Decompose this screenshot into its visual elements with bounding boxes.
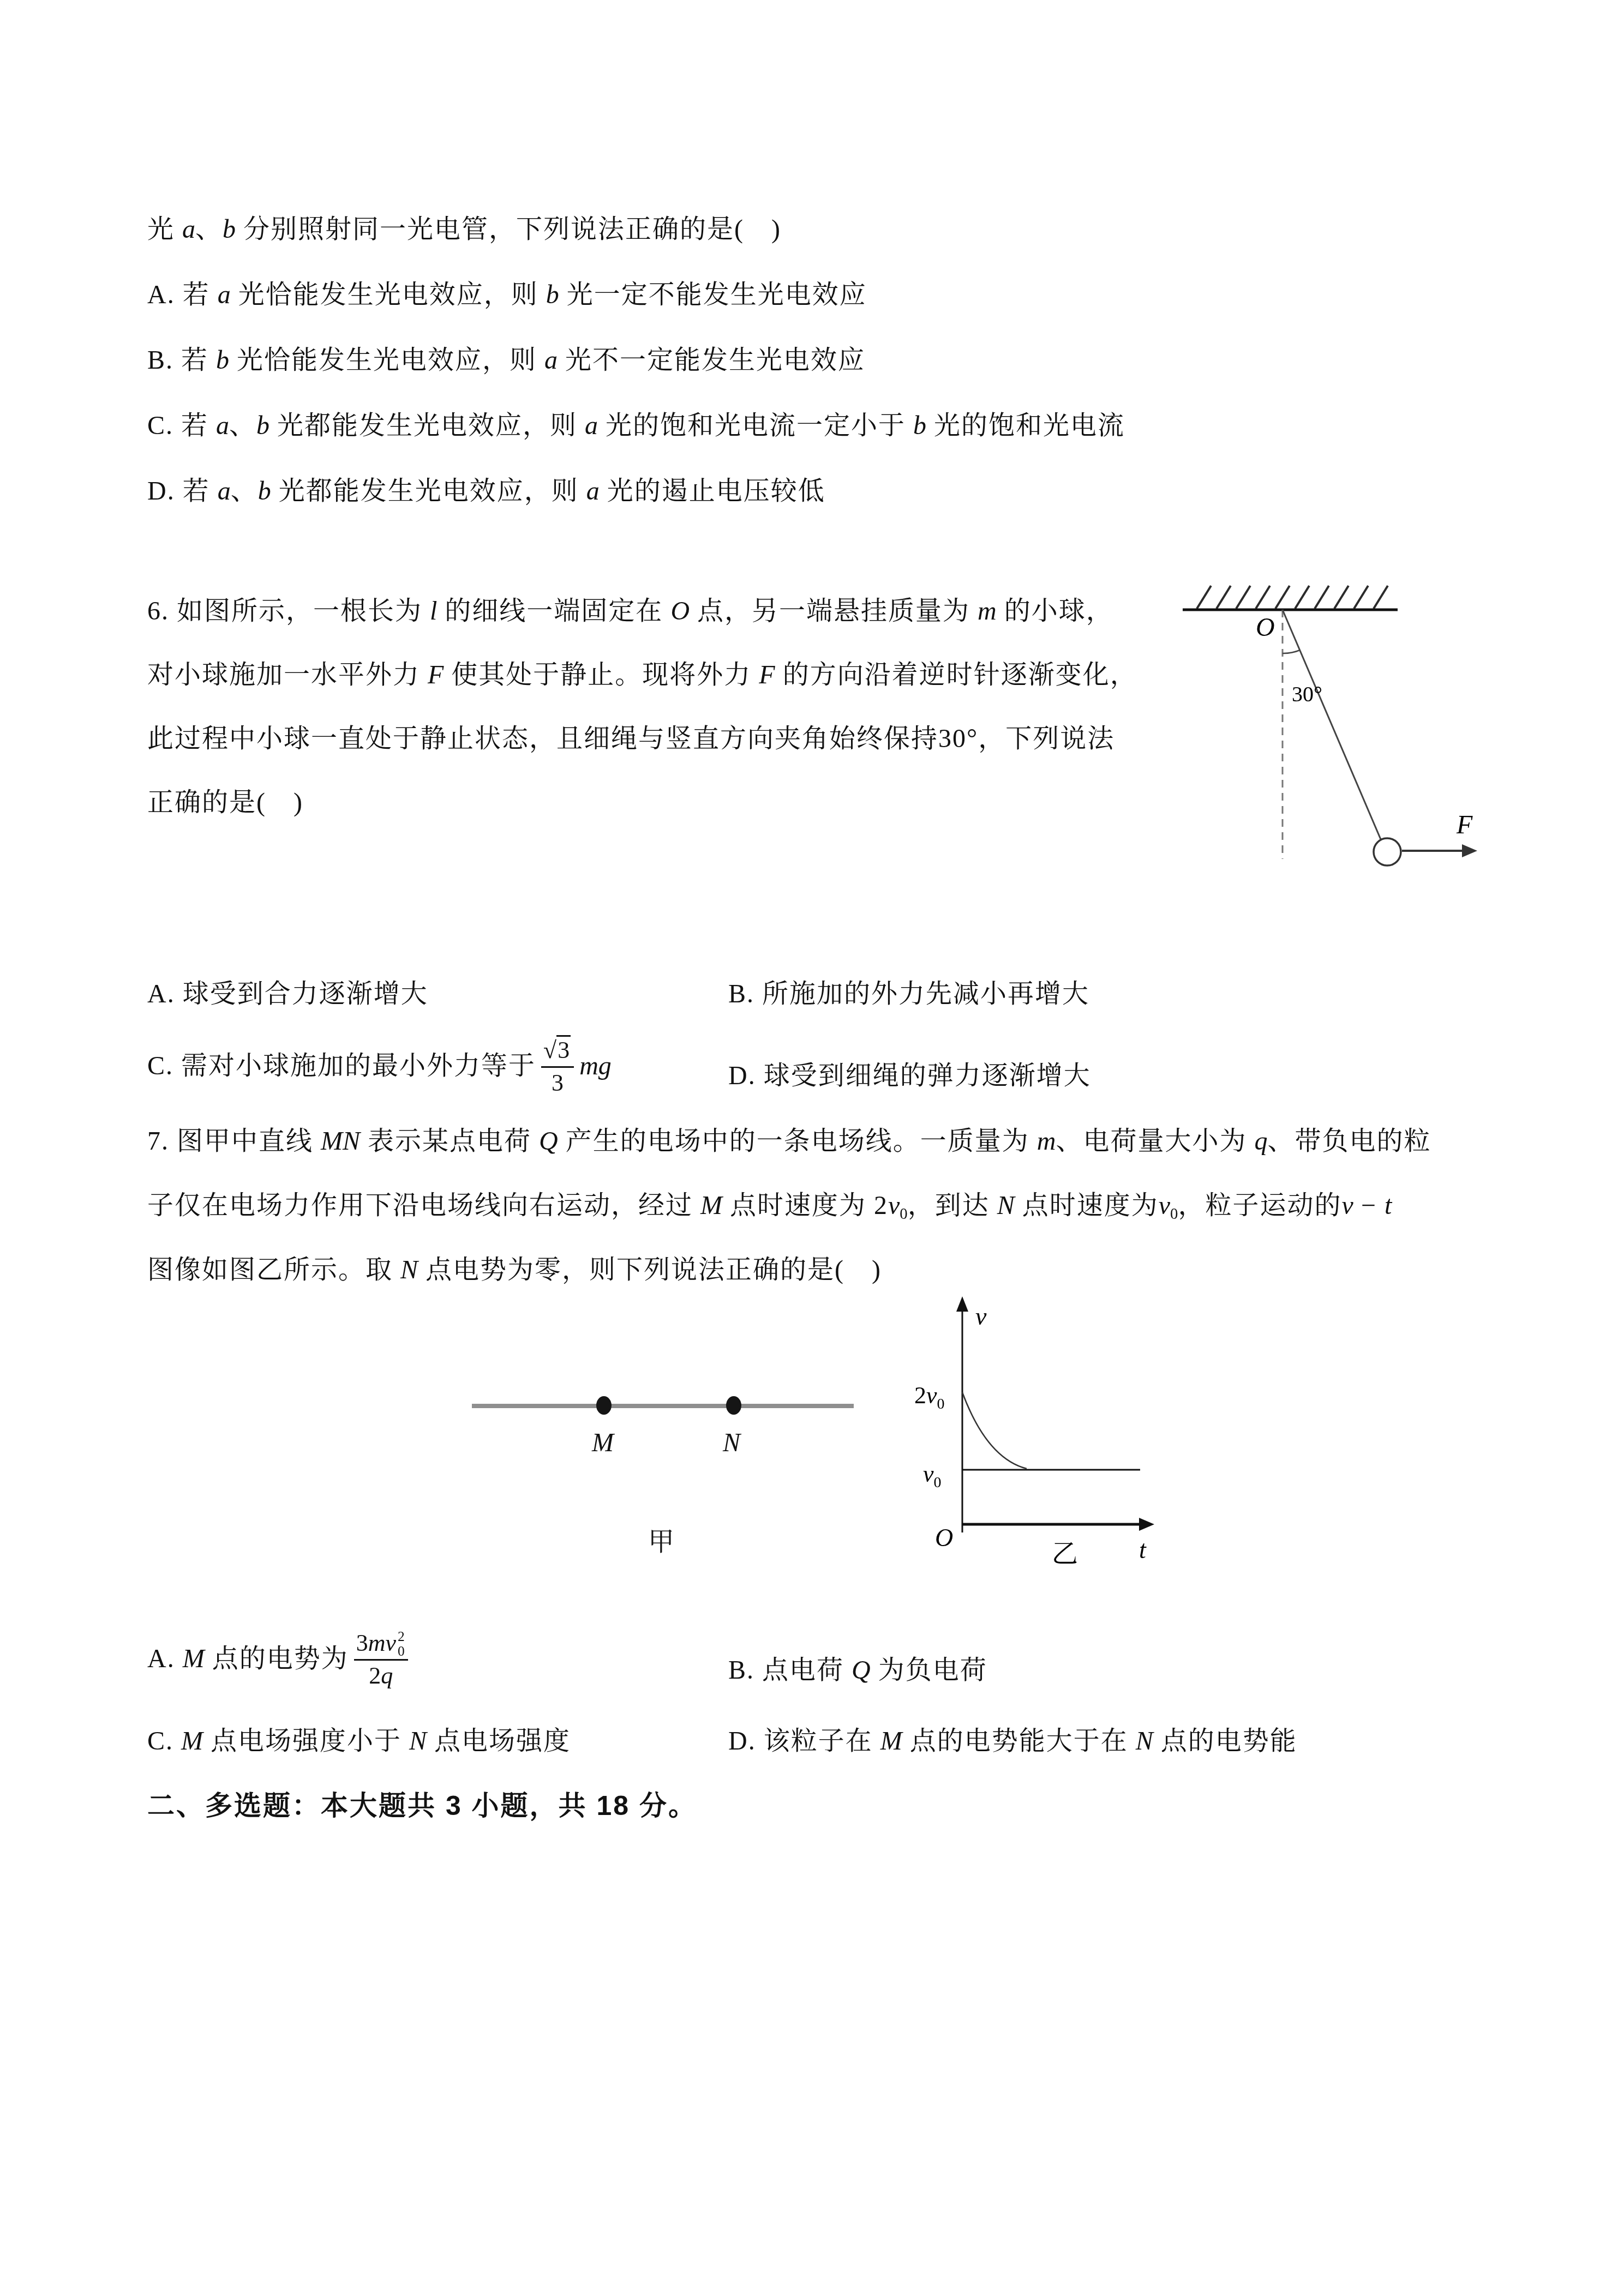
- velocity-curve: [962, 1392, 1027, 1469]
- q6-line-4: 正确的是( ): [147, 788, 303, 818]
- section-2-heading: 二、多选题：本大题共 3 小题，共 18 分。: [147, 1790, 697, 1822]
- angle-label: 30°: [1292, 682, 1322, 706]
- radicand: 3: [556, 1035, 571, 1065]
- q7-line-2: 子仅在电场力作用下沿电场线向右运动，经过 M 点时速度为 2v0，到达 N 点时…: [147, 1191, 1392, 1223]
- angle-arc: [1283, 650, 1300, 653]
- caption-jia: 甲: [648, 1527, 675, 1557]
- v-axis-label: v: [975, 1302, 987, 1330]
- q6-line-2: 对小球施加一水平外力 F 使其处于静止。现将外力 F 的方向沿着逆时针逐渐变化，: [147, 660, 1137, 690]
- fraction-3mv02-over-2q: 3mv20 2q: [354, 1628, 408, 1690]
- numerator: √3: [541, 1035, 574, 1068]
- q5-option-b: B. 若 b 光恰能发生光电效应，则 a 光不一定能发生光电效应: [147, 345, 865, 375]
- fraction-sqrt3-over-3: √3 3: [541, 1035, 574, 1097]
- field-line: [472, 1404, 854, 1408]
- force-label: F: [1456, 810, 1473, 839]
- q7-option-c: C. M 点电场强度小于 N 点电场强度: [147, 1726, 571, 1756]
- t-axis-arrow: [1139, 1518, 1154, 1531]
- denominator: 3: [552, 1068, 564, 1097]
- q6-line-3: 此过程中小球一直处于静止状态，且细绳与竖直方向夹角始终保持30°，下列说法: [147, 724, 1114, 754]
- caption-yi: 乙: [1052, 1540, 1078, 1568]
- q6-option-a: A. 球受到合力逐渐增大: [147, 979, 428, 1009]
- label-v0: v0: [923, 1460, 942, 1491]
- q7-line-1: 7. 图甲中直线 MN 表示某点电荷 Q 产生的电场中的一条电场线。一质量为 m…: [147, 1126, 1431, 1156]
- q6-option-d: D. 球受到细绳的弹力逐渐增大: [728, 1061, 1091, 1091]
- q6-option-c-text: C. 需对小球施加的最小外力等于: [147, 1051, 536, 1081]
- pendulum-figure: O 30° F: [1162, 573, 1511, 878]
- v-axis-arrow: [956, 1296, 968, 1312]
- subscript: 0: [398, 1644, 405, 1659]
- vt-graph-figure: v t O 2v0 v0 乙: [889, 1290, 1162, 1579]
- point-n-dot: [726, 1396, 741, 1415]
- numerator-terms: 3mv: [356, 1630, 396, 1657]
- q6-line-1: 6. 如图所示，一根长为 l 的细线一端固定在 O 点，另一端悬挂质量为 m 的…: [147, 596, 1113, 626]
- superscript: 2: [398, 1630, 405, 1644]
- radical-sign: √: [543, 1037, 556, 1065]
- sup-sub-stack: 20: [398, 1630, 405, 1659]
- point-m-label: M: [592, 1428, 614, 1458]
- exam-page: 光 a、b 分别照射同一光电管，下列说法正确的是( ) A. 若 a 光恰能发生…: [0, 0, 1624, 2296]
- q7-option-d: D. 该粒子在 M 点的电势能大于在 N 点的电势能: [728, 1726, 1297, 1756]
- q7-line-3: 图像如图乙所示。取 N 点电势为零，则下列说法正确的是( ): [147, 1255, 882, 1285]
- q5-option-c: C. 若 a、b 光都能发生光电效应，则 a 光的饱和光电流一定小于 b 光的饱…: [147, 411, 1125, 441]
- q6-option-b: B. 所施加的外力先减小再增大: [728, 979, 1089, 1009]
- q6-option-c: C. 需对小球施加的最小外力等于 √3 3 mg: [147, 1035, 612, 1097]
- ceiling-hatch-marks: [1197, 586, 1388, 609]
- ball: [1374, 838, 1401, 865]
- pivot-label: O: [1256, 613, 1275, 642]
- q7-option-a-text: A. M 点的电势为: [147, 1644, 349, 1674]
- t-axis-label: t: [1139, 1536, 1147, 1564]
- label-2v0: 2v0: [914, 1382, 945, 1413]
- point-n-label: N: [723, 1428, 740, 1458]
- origin-label: O: [935, 1524, 953, 1552]
- q6-option-c-mg: mg: [579, 1051, 612, 1081]
- point-m-dot: [596, 1396, 612, 1415]
- q7-option-b: B. 点电荷 Q 为负电荷: [728, 1655, 987, 1685]
- q7-option-a: A. M 点的电势为 3mv20 2q: [147, 1628, 414, 1690]
- denominator: 2q: [369, 1661, 393, 1690]
- numerator: 3mv20: [354, 1628, 408, 1661]
- q5-intro: 光 a、b 分别照射同一光电管，下列说法正确的是( ): [147, 214, 781, 244]
- force-arrow-head: [1462, 844, 1477, 857]
- string-line: [1283, 610, 1386, 851]
- q5-option-d: D. 若 a、b 光都能发生光电效应，则 a 光的遏止电压较低: [147, 476, 825, 506]
- q5-option-a: A. 若 a 光恰能发生光电效应，则 b 光一定不能发生光电效应: [147, 280, 867, 310]
